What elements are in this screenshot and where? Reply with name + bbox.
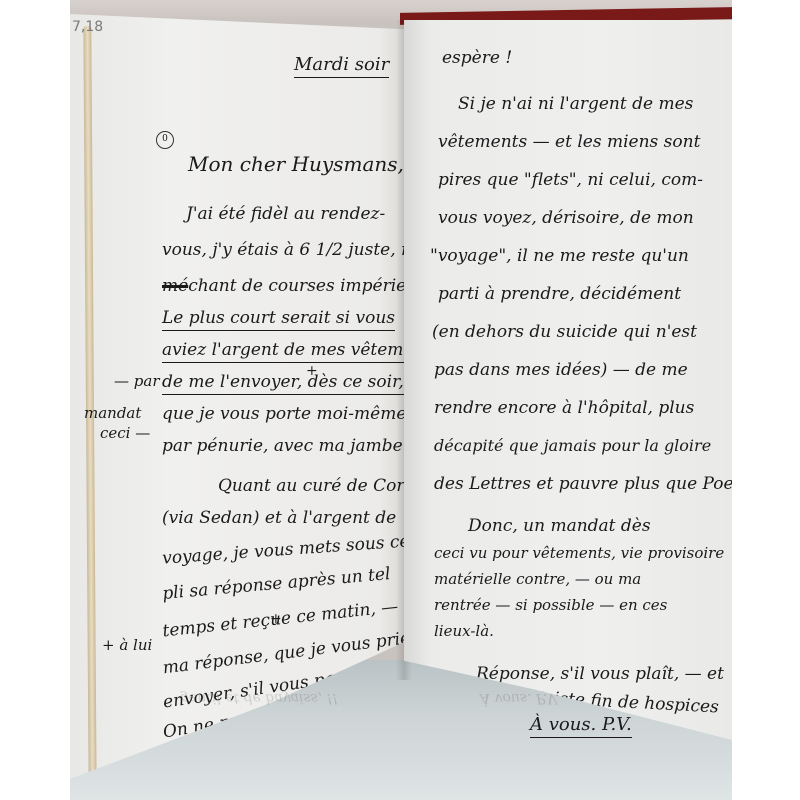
letter-line: Le plus court serait si vous	[162, 310, 395, 327]
circled-mark: 0	[156, 128, 174, 149]
letter-line: pli sa réponse après un tel	[162, 566, 391, 603]
letter-line: rendre encore à l'hôpital, plus	[434, 400, 694, 417]
letter-line: lieux-là.	[434, 624, 494, 639]
table-reflection: À vous. P.V.	[480, 690, 559, 706]
insertion-mark: +	[306, 364, 318, 378]
letter-date: Mardi soir	[294, 56, 389, 74]
letter-line: des Lettres et pauvre plus que Poe.	[434, 476, 732, 493]
letter-line: Si je n'ai ni l'argent de mes	[458, 96, 693, 113]
letter-line: vêtements — et les miens sont	[438, 134, 700, 151]
letter-line: vous voyez, dérisoire, de mon	[438, 210, 694, 227]
letter-line: espère !	[442, 50, 512, 67]
letter-line: voyage, je vous mets sous ce	[162, 533, 406, 567]
letter-line: parti à prendre, décidément	[438, 286, 681, 303]
letter-line: aviez l'argent de mes vêtements	[162, 342, 406, 359]
letter-line: méchant de courses impérieuses.	[162, 278, 406, 295]
bookmark-ribbon	[83, 26, 96, 779]
letter-line: pas dans mes idées) — de me	[434, 362, 688, 379]
letter-line: que je vous porte moi-même	[162, 406, 406, 423]
letter-line: décapité que jamais pour la gloire	[434, 438, 711, 454]
salutation: Mon cher Huysmans,	[188, 154, 404, 174]
letter-line: Quant au curé de Corbin	[218, 478, 406, 495]
margin-note: mandat	[84, 406, 141, 421]
letter-line: vous, j'y étais à 6 1/2 juste, mé-	[162, 242, 406, 259]
letter-line: (via Sedan) et à l'argent de	[162, 510, 396, 527]
letter-line: Donc, un mandat dès	[468, 518, 651, 535]
letter-line: J'ai été fidèl au rendez-	[186, 206, 385, 223]
table-reflection: gentil et de bayaiss, !!	[180, 690, 338, 706]
insertion-mark: +	[270, 612, 282, 626]
letter-line: (en dehors du suicide qui n'est	[432, 324, 697, 341]
photo-scene: 7,18 Mardi soir 0 Mon cher Huysmans, J'a…	[70, 0, 732, 800]
right-page: espère ! Si je n'ai ni l'argent de mes v…	[404, 20, 732, 740]
letter-line: matérielle contre, — ou ma	[434, 572, 641, 587]
letter-line: pires que "flets", ni celui, com-	[438, 172, 703, 189]
letter-line: par pénurie, avec ma jambe.	[162, 438, 406, 455]
letter-line: "voyage", il ne me reste qu'un	[430, 248, 689, 265]
margin-note: — par	[114, 374, 159, 389]
closing-signature: À vous. P.V.	[530, 716, 632, 734]
folio-number: 7,18	[72, 20, 103, 34]
margin-note: + à lui	[102, 638, 152, 653]
letter-line: ceci vu pour vêtements, vie provisoire	[434, 546, 724, 561]
margin-note: ceci —	[100, 426, 150, 441]
letter-line: rentrée — si possible — en ces	[434, 598, 667, 613]
letter-line: de me l'envoyer, dès ce soir,	[162, 374, 404, 391]
letter-line: Réponse, s'il vous plaît, — et	[476, 666, 724, 683]
